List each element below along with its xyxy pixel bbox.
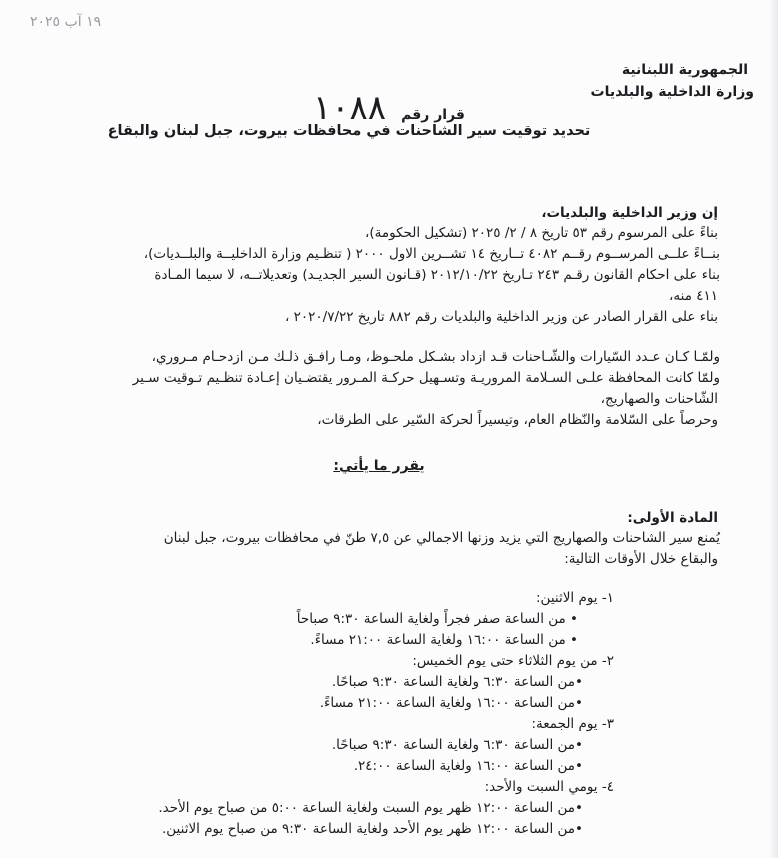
preamble-line: بنــاءً علــى المرســوم رقــم ٤٠٨٢ تــار… (144, 246, 720, 262)
schedule-item: •من الساعة ١٦:٠٠ ولغاية الساعة ٢٤:٠٠. (354, 758, 583, 774)
schedule-item: •من الساعة ١٢:٠٠ ظهر يوم السبت ولغاية ال… (158, 800, 583, 816)
preamble-line: بناء على القرار الصادر عن وزير الداخلية … (285, 309, 718, 325)
decision-title: تحديد توقيت سير الشاحنات في محافظات بيرو… (0, 123, 698, 139)
received-date-stamp: ١٩ آب ٢٠٢٥ (30, 14, 130, 30)
decision-number: ١٠٨٨ (313, 88, 386, 128)
schedule-item: • من الساعة صفر فجراً ولغاية الساعة ٩:٣٠… (297, 611, 578, 627)
schedule-item: •من الساعة ١٢:٠٠ ظهر يوم الأحد ولغاية ال… (162, 821, 583, 837)
article-1-text: يُمنع سير الشاحنات والصهاريج التي يزيد و… (164, 530, 720, 546)
scan-edge (770, 0, 778, 858)
schedule-item: •من الساعة ١٦:٠٠ ولغاية الساعة ٢١:٠٠ مسا… (320, 695, 583, 711)
schedule-weekend-label: ٤- يومي السبت والأحد: (485, 779, 614, 795)
decree-page: ١٩ آب ٢٠٢٥ الجمهورية اللبنانية وزارة الد… (0, 0, 778, 858)
republic-header: الجمهورية اللبنانية (622, 62, 748, 78)
schedule-item: •من الساعة ٦:٣٠ ولغاية الساعة ٩:٣٠ صباحً… (332, 737, 583, 753)
schedule-item: • من الساعة ١٦:٠٠ ولغاية الساعة ٢١:٠٠ مس… (310, 632, 578, 648)
preamble-opening: إن وزير الداخلية والبلديات، (541, 205, 718, 221)
preamble-line: بناءً على المرسوم رقم ٥٣ تاريخ ٨ / ٢/ ٢٠… (365, 225, 718, 241)
preamble-line: ٤١١ منه، (669, 288, 718, 304)
schedule-friday-label: ٣- يوم الجمعة: (532, 716, 615, 732)
article-1-heading: المادة الأولى: (627, 510, 718, 526)
consideration-line: الشّاحنات والصهاريج، (601, 391, 718, 407)
schedule-tue-thu-label: ٢- من يوم الثلاثاء حتى يوم الخميس: (412, 653, 614, 669)
article-1-text: والبقاع خلال الأوقات التالية: (564, 551, 718, 567)
consideration-line: وحرصاً على السّلامة والنّظام العام، وتيس… (317, 412, 718, 428)
decision-number-line: قرار رقم ١٠٨٨ (0, 88, 778, 128)
schedule-monday-label: ١- يوم الاثنين: (536, 590, 614, 606)
decision-label: قرار رقم (401, 107, 465, 123)
consideration-line: ولمّا كانت المحافظة علـى السـلامة المرور… (133, 370, 720, 386)
decides-heading: يقرر ما يأتي: (0, 458, 758, 474)
schedule-item: •من الساعة ٦:٣٠ ولغاية الساعة ٩:٣٠ صباحً… (332, 674, 583, 690)
preamble-line: بناء على احكام القانون رقـم ٢٤٣ تـاريخ ٢… (154, 267, 720, 283)
consideration-line: ولمّـا كـان عـدد السّيارات والشّـاحنات ق… (152, 349, 720, 365)
